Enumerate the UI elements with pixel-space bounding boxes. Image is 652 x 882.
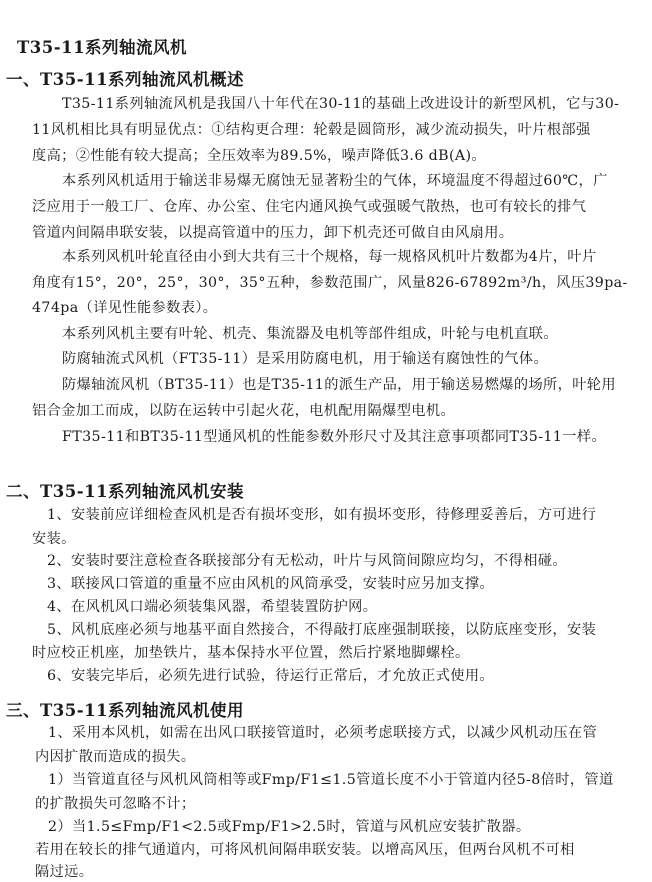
list-item-line: 1、采用本风机，如需在出风口联接管道时，必须考虑联接方式，以减少风机动压在管 [48,724,597,742]
paragraph-line: 防腐轴流式风机（FT35-11）是采用防腐电机，用于输送有腐蚀性的气体。 [62,350,548,368]
list-item-line: 5、风机底座必须与地基平面自然接合，不得敲打底座强制联接，以防底座变形，安装 [47,621,596,639]
paragraph-line: 474pa（详见性能参数表）。 [32,299,217,317]
section-heading-usage: 三、T35-11系列轴流风机使用 [6,697,244,721]
paragraph-line: 泛应用于一般工厂、仓库、办公室、住宅内通风换气或强暖气散热，也可有较长的排气 [32,198,586,216]
paragraph-line: 本系列风机适用于输送非易爆无腐蚀无显著粉尘的气体，环境温度不得超过60℃，广 [62,172,608,190]
paragraph-line: 11风机相比具有明显优点：①结构更合理：轮毂是圆筒形，减少流动损失，叶片根部强 [32,121,591,139]
paragraph-line: 隔过远。 [35,863,93,881]
list-item-line: 1、安装前应详细检查风机是否有损坏变形，如有损坏变形，待修理妥善后，方可进行 [47,506,596,524]
paragraph-line: 管道内间隔串联安装，以提高管道中的压力，卸下机壳还可做自由风扇用。 [32,224,513,242]
document-title: T35-11系列轴流风机 [17,34,187,58]
list-item-line: 安装。 [32,530,76,548]
list-item-line: 时应校正机座，加垫铁片，基本保持水平位置，然后拧紧地脚螺栓。 [32,644,470,662]
section-heading-overview: 一、T35-11系列轴流风机概述 [6,66,244,90]
list-item-line: 3、联接风口管道的重量不应由风机的风筒承受，安装时应另加支撑。 [47,575,494,593]
paragraph-line: 铝合金加工而成，以防在运转中引起火花，电机配用隔爆型电机。 [32,402,455,420]
paragraph-line: 防爆轴流风机（BT35-11）也是T35-11的派生产品，用于输送易燃爆的场所，… [62,376,616,394]
paragraph-line: FT35-11和BT35-11型通风机的性能参数外形尺寸及其注意事项都同T35-… [62,428,606,446]
list-item-line: 的扩散损失可忽略不计； [35,795,195,813]
list-item-line: 1）当管道直径与风机风筒相等或Fmp/F1≤1.5管道长度不小于管道内径5-8倍… [48,771,614,789]
paragraph-line: 角度有15°，20°，25°，30°，35°五种，参数范围广，风量826-678… [32,274,628,292]
paragraph-line: 本系列风机主要有叶轮、机壳、集流器及电机等部件组成，叶轮与电机直联。 [62,325,558,343]
paragraph-line: T35-11系列轴流风机是我国八十年代在30-11的基础上改进设计的新型风机，它… [62,95,619,113]
paragraph-line: 若用在较长的排气通道内，可将风机间隔串联安装。以增高风压，但两台风机不可相 [35,841,575,859]
list-item-line: 4、在风机风口端必须装集风器，希望装置防护网。 [47,598,377,616]
list-item-line: 2、安装时要注意检查各联接部分有无松动，叶片与风筒间隙应均匀，不得相碰。 [47,552,567,570]
section-heading-installation: 二、T35-11系列轴流风机安装 [6,478,244,502]
list-item-line: 2）当1.5≤Fmp/F1<2.5或Fmp/F1>2.5时，管道与风机应安装扩散… [48,818,530,836]
paragraph-line: 度高；②性能有较大提高；全压效率为89.5%，噪声降低3.6 dB(A)。 [32,147,486,165]
list-item-line: 内因扩散而造成的损失。 [35,748,195,766]
paragraph-line: 本系列风机叶轮直径由小到大共有三十个规格，每一规格风机叶片数都为4片，叶片 [62,248,597,266]
list-item-line: 6、安装完毕后，必须先进行试验，待运行正常后，才允放正式使用。 [47,667,494,685]
